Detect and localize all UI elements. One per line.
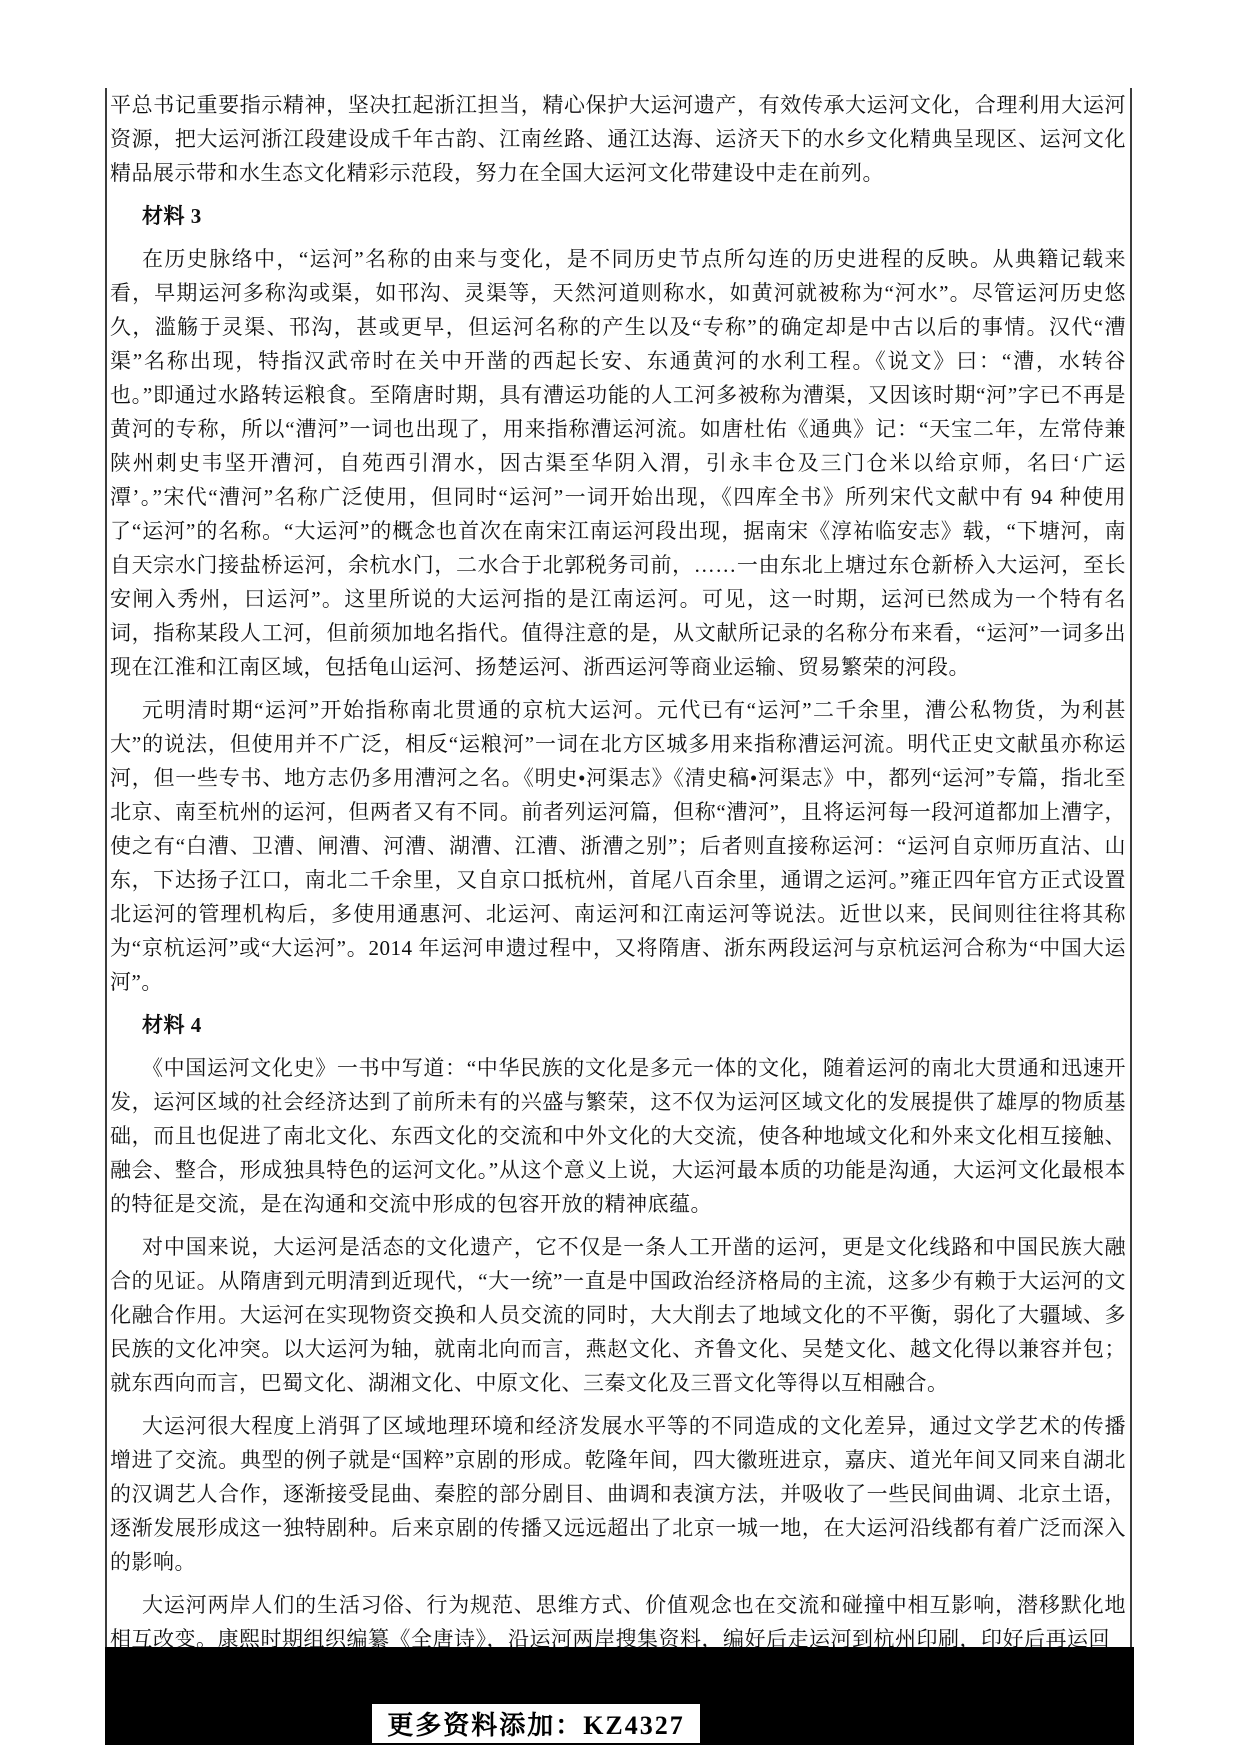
material-4-paragraph-4: 大运河两岸人们的生活习俗、行为规范、思维方式、价值观念也在交流和碰撞中相互影响，… xyxy=(110,1588,1126,1656)
material-4-paragraph-2: 对中国来说，大运河是活态的文化遗产，它不仅是一条人工开凿的运河，更是文化线路和中… xyxy=(110,1230,1126,1400)
intro-continuation-paragraph: 平总书记重要指示精神，坚决扛起浙江担当，精心保护大运河遗产，有效传承大运河文化，… xyxy=(110,88,1126,190)
footer-watermark: 更多资料添加：KZ4327 xyxy=(372,1704,700,1743)
material-4-paragraph-1: 《中国运河文化史》一书中写道：“中华民族的文化是多元一体的文化，随着运河的南北大… xyxy=(110,1051,1126,1221)
section-heading-material-3: 材料 3 xyxy=(110,199,1126,233)
material-4-paragraph-3: 大运河很大程度上消弭了区域地理环境和经济发展水平等的不同造成的文化差异，通过文学… xyxy=(110,1409,1126,1579)
redaction-bar: 更多资料添加：KZ4327 xyxy=(105,1647,1134,1745)
document-page: 平总书记重要指示精神，坚决扛起浙江担当，精心保护大运河遗产，有效传承大运河文化，… xyxy=(0,0,1240,1754)
section-heading-material-4: 材料 4 xyxy=(110,1008,1126,1042)
material-3-paragraph-2: 元明清时期“运河”开始指称南北贯通的京杭大运河。元代已有“运河”二千余里，漕公私… xyxy=(110,693,1126,999)
text-block: 平总书记重要指示精神，坚决扛起浙江担当，精心保护大运河遗产，有效传承大运河文化，… xyxy=(105,88,1132,1745)
material-3-paragraph-1: 在历史脉络中，“运河”名称的由来与变化，是不同历史节点所勾连的历史进程的反映。从… xyxy=(110,242,1126,684)
